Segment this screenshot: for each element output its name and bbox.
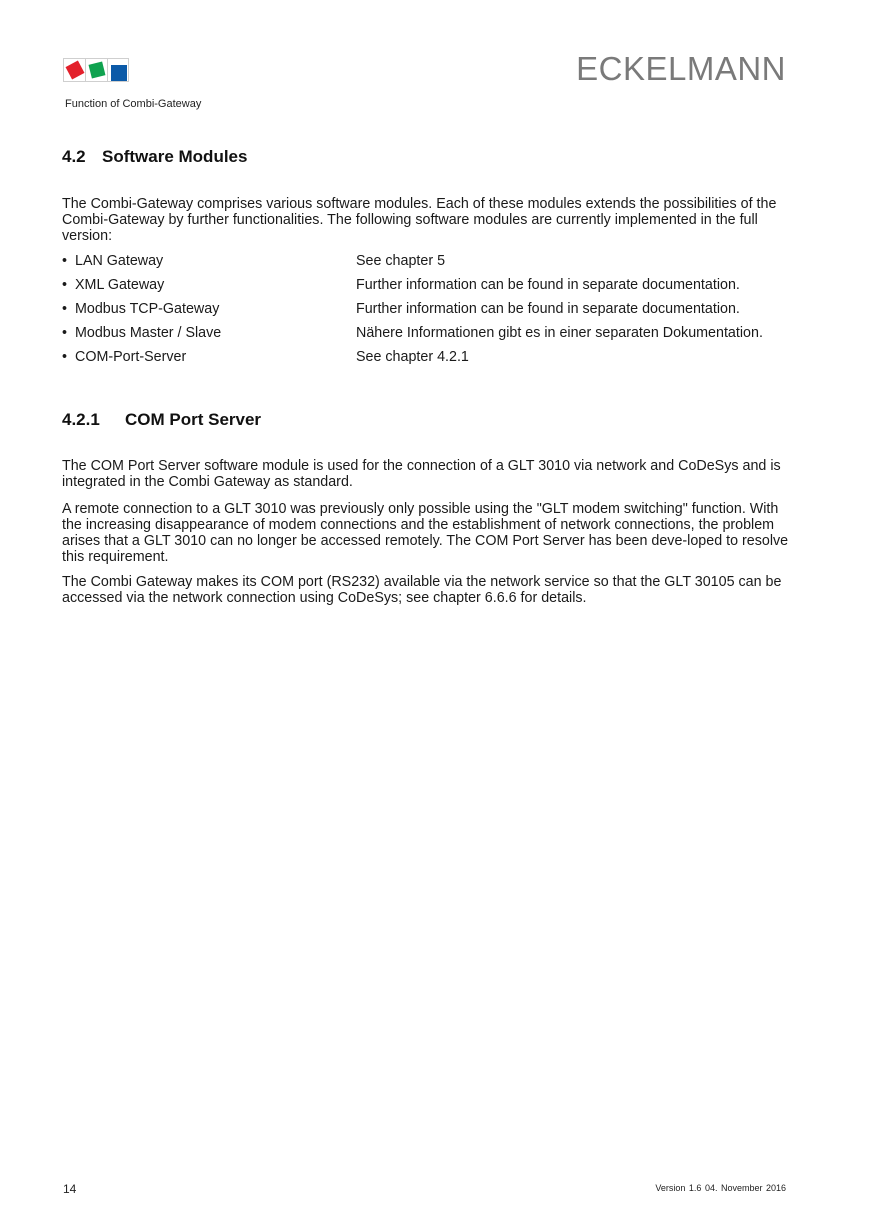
page-number: 14 xyxy=(63,1182,76,1196)
module-note: See chapter 4.2.1 xyxy=(356,349,469,373)
subsection-number: 4.2.1 xyxy=(62,410,125,430)
paragraph: The Combi Gateway makes its COM port (RS… xyxy=(62,574,792,606)
running-header: Function of Combi-Gateway xyxy=(65,98,201,110)
section-number: 4.2 xyxy=(62,147,102,167)
module-name: XML Gateway xyxy=(75,277,356,301)
eckelmann-logo xyxy=(63,58,129,82)
list-item: • LAN Gateway See chapter 5 xyxy=(62,253,792,277)
module-name: Modbus Master / Slave xyxy=(75,325,356,349)
bullet-icon: • xyxy=(62,301,75,325)
version-info: Version 1.6 04. November 2016 xyxy=(655,1183,786,1193)
subsection-heading: 4.2.1COM Port Server xyxy=(62,410,261,430)
section-title: Software Modules xyxy=(102,147,247,166)
logo-green-square-icon xyxy=(85,58,107,82)
module-name: COM-Port-Server xyxy=(75,349,356,373)
paragraph: A remote connection to a GLT 3010 was pr… xyxy=(62,501,792,565)
bullet-icon: • xyxy=(62,325,75,349)
module-note: See chapter 5 xyxy=(356,253,445,277)
list-item: • XML Gateway Further information can be… xyxy=(62,277,792,301)
bullet-icon: • xyxy=(62,277,75,301)
module-note: Nähere Informationen gibt es in einer se… xyxy=(356,325,763,349)
list-item: • Modbus TCP-Gateway Further information… xyxy=(62,301,792,325)
bullet-icon: • xyxy=(62,349,75,373)
logo-blue-square-icon xyxy=(107,58,129,82)
list-item: • Modbus Master / Slave Nähere Informati… xyxy=(62,325,792,349)
bullet-icon: • xyxy=(62,253,75,277)
module-name: Modbus TCP-Gateway xyxy=(75,301,356,325)
list-item: • COM-Port-Server See chapter 4.2.1 xyxy=(62,349,792,373)
subsection-title: COM Port Server xyxy=(125,410,261,429)
brand-wordmark: ECKELMANN xyxy=(576,50,786,88)
module-note: Further information can be found in sepa… xyxy=(356,301,740,325)
module-name: LAN Gateway xyxy=(75,253,356,277)
logo-red-square-icon xyxy=(63,58,85,82)
paragraph: The COM Port Server software module is u… xyxy=(62,458,792,490)
module-list: • LAN Gateway See chapter 5 • XML Gatewa… xyxy=(62,253,792,373)
module-note: Further information can be found in sepa… xyxy=(356,277,740,301)
section-heading: 4.2Software Modules xyxy=(62,147,247,167)
section-intro: The Combi-Gateway comprises various soft… xyxy=(62,196,792,244)
